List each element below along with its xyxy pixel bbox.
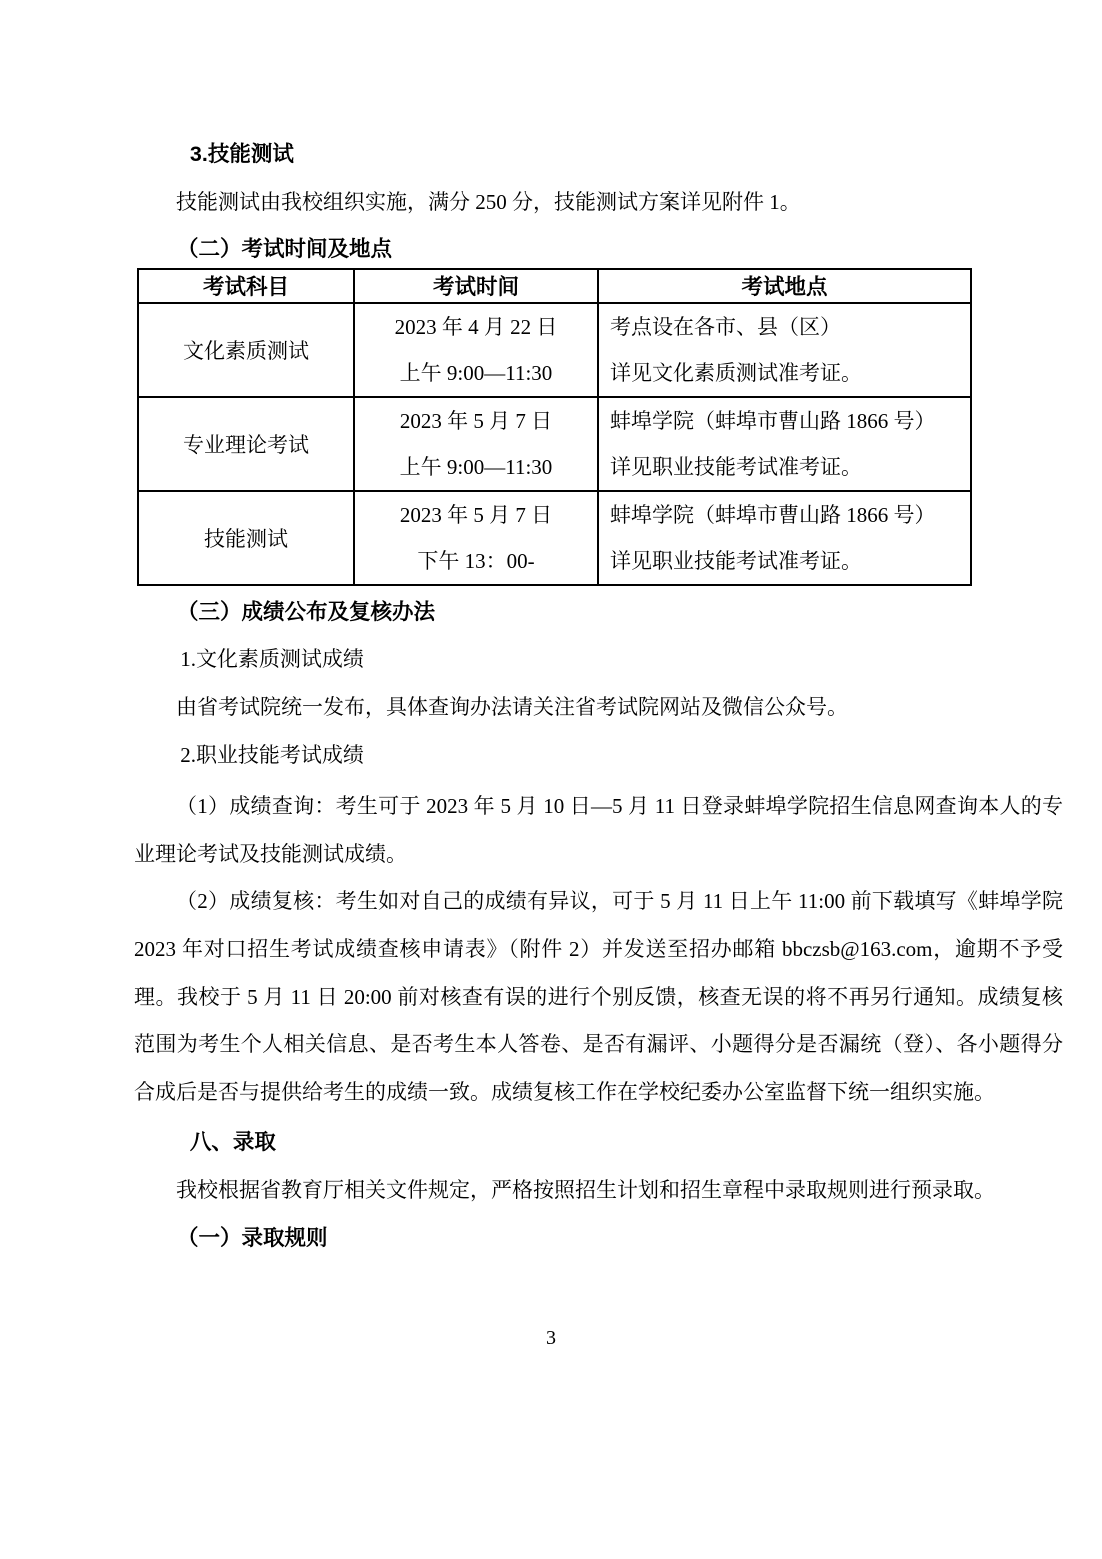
para-culture-score-item: 1.文化素质测试成绩 [134, 636, 1063, 684]
page-number: 3 [0, 1315, 1102, 1363]
exam-location-place: 考点设在各市、县（区） [599, 304, 970, 350]
exam-schedule-table: 考试科目 考试时间 考试地点 文化素质测试 2023 年 4 月 22 日 上午… [137, 268, 972, 586]
exam-time-date: 2023 年 4 月 22 日 [355, 304, 597, 350]
exam-time-hours: 上午 9:00—11:30 [355, 444, 597, 490]
cell-exam-subject: 文化素质测试 [138, 303, 354, 397]
cell-exam-time: 2023 年 4 月 22 日 上午 9:00—11:30 [354, 303, 598, 397]
heading-score-publish-review: （三）成绩公布及复核办法 [134, 589, 1063, 637]
para-culture-score-desc: 由省考试院统一发布，具体查询办法请关注省考试院网站及微信公众号。 [134, 684, 1063, 732]
cell-exam-location: 蚌埠学院（蚌埠市曹山路 1866 号） 详见职业技能考试准考证。 [598, 491, 971, 585]
exam-location-note: 详见职业技能考试准考证。 [599, 538, 970, 584]
para-vocational-score-item: 2.职业技能考试成绩 [134, 732, 1063, 780]
cell-exam-location: 蚌埠学院（蚌埠市曹山路 1866 号） 详见职业技能考试准考证。 [598, 397, 971, 491]
cell-exam-time: 2023 年 5 月 7 日 下午 13：00- [354, 491, 598, 585]
cell-exam-location: 考点设在各市、县（区） 详见文化素质测试准考证。 [598, 303, 971, 397]
exam-time-hours: 下午 13：00- [355, 538, 597, 584]
exam-location-place: 蚌埠学院（蚌埠市曹山路 1866 号） [599, 492, 970, 538]
heading-admission: 八、录取 [134, 1119, 1063, 1167]
exam-location-note: 详见文化素质测试准考证。 [599, 350, 970, 396]
table-header-row: 考试科目 考试时间 考试地点 [138, 269, 971, 303]
heading-skill-test: 3.技能测试 [134, 131, 1063, 179]
exam-location-note: 详见职业技能考试准考证。 [599, 444, 970, 490]
para-admission-desc: 我校根据省教育厅相关文件规定，严格按照招生计划和招生章程中录取规则进行预录取。 [134, 1167, 1063, 1215]
heading-admission-rules: （一）录取规则 [134, 1215, 1063, 1263]
col-header-exam-subject: 考试科目 [138, 269, 354, 303]
heading-exam-time-location: （二）考试时间及地点 [134, 226, 1063, 274]
col-header-exam-time: 考试时间 [354, 269, 598, 303]
table-row-skill-test: 技能测试 2023 年 5 月 7 日 下午 13：00- 蚌埠学院（蚌埠市曹山… [138, 491, 971, 585]
cell-exam-subject: 专业理论考试 [138, 397, 354, 491]
exam-location-place: 蚌埠学院（蚌埠市曹山路 1866 号） [599, 398, 970, 444]
para-skill-test-desc: 技能测试由我校组织实施，满分 250 分，技能测试方案详见附件 1。 [134, 179, 1063, 227]
table-row-theory-exam: 专业理论考试 2023 年 5 月 7 日 上午 9:00—11:30 蚌埠学院… [138, 397, 971, 491]
document-page: 3.技能测试 技能测试由我校组织实施，满分 250 分，技能测试方案详见附件 1… [0, 0, 1102, 1559]
para-score-query: （1）成绩查询：考生可于 2023 年 5 月 10 日—5 月 11 日登录蚌… [134, 783, 1063, 878]
exam-time-date: 2023 年 5 月 7 日 [355, 492, 597, 538]
cell-exam-subject: 技能测试 [138, 491, 354, 585]
table-row-culture-test: 文化素质测试 2023 年 4 月 22 日 上午 9:00—11:30 考点设… [138, 303, 971, 397]
para-score-review: （2）成绩复核：考生如对自己的成绩有异议，可于 5 月 11 日上午 11:00… [134, 878, 1063, 1116]
col-header-exam-location: 考试地点 [598, 269, 971, 303]
document-content: 3.技能测试 技能测试由我校组织实施，满分 250 分，技能测试方案详见附件 1… [134, 131, 1063, 1363]
exam-time-date: 2023 年 5 月 7 日 [355, 398, 597, 444]
exam-time-hours: 上午 9:00—11:30 [355, 350, 597, 396]
cell-exam-time: 2023 年 5 月 7 日 上午 9:00—11:30 [354, 397, 598, 491]
